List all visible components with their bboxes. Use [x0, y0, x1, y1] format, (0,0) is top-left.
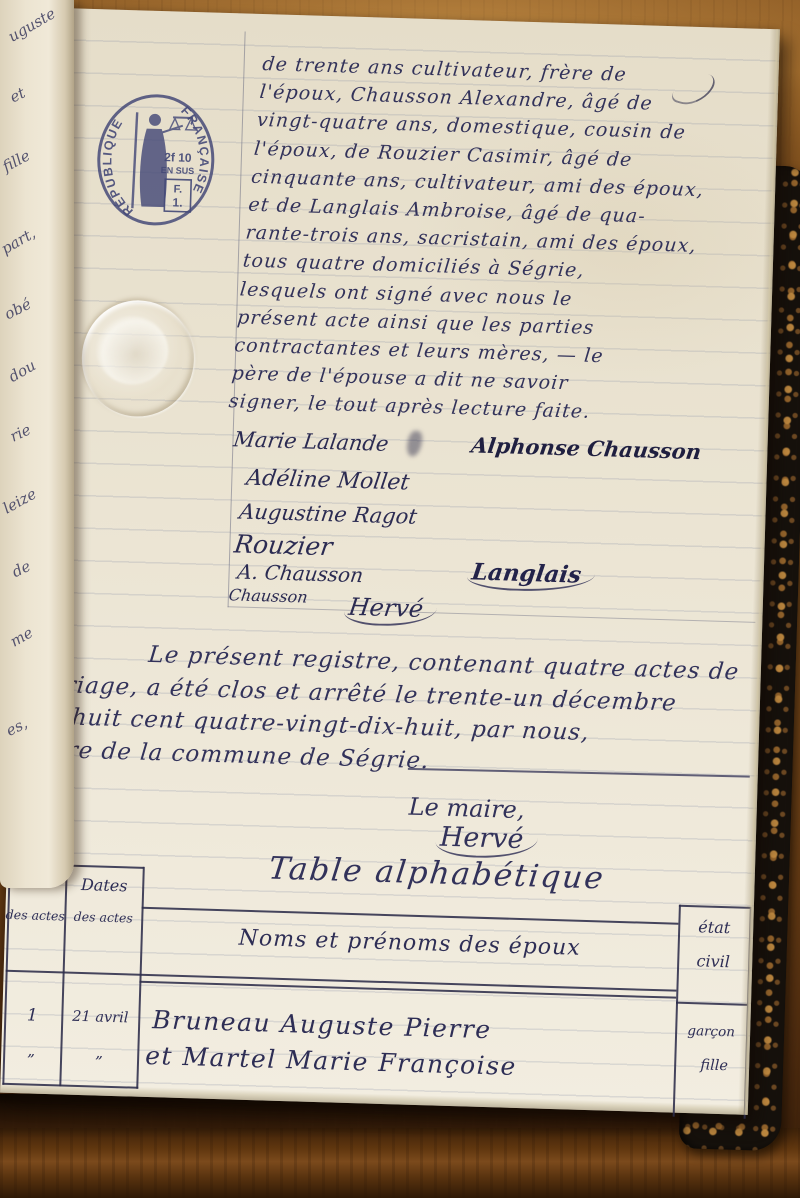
- signature-herve: Hervé: [342, 593, 439, 628]
- col-header-names: Noms et prénoms des époux: [184, 924, 635, 962]
- prev-page-fragment: et: [7, 84, 28, 107]
- prev-page-fragment: de: [9, 557, 34, 581]
- row-act-date: 21 avril: [62, 1008, 138, 1026]
- row-act-number-ditto: „: [3, 1041, 60, 1061]
- col-header-date: Dates: [68, 875, 141, 896]
- col-header-date-line2: des actes: [67, 909, 139, 926]
- mayor-signature-herve: Hervé: [435, 821, 538, 859]
- prev-page-fragment: me: [7, 623, 36, 650]
- row-act-date-ditto: „: [61, 1042, 138, 1062]
- table-rule: [679, 905, 751, 909]
- col-header-etat-line1: état: [681, 917, 748, 938]
- prev-page-fragment: dou: [5, 356, 39, 386]
- row-etat-bride: fille: [681, 1057, 747, 1075]
- republique-francaise-stamp-icon: RÉPUBLIQUE FRANÇAISE 2f 10 EN SUS F. 1.: [92, 89, 220, 233]
- ink-smudge: [405, 430, 423, 458]
- signature-marie-lalande: Marie Lalande: [232, 427, 390, 456]
- prev-page-fragment: uguste: [5, 4, 59, 45]
- stamp-duty-label: EN SUS: [161, 165, 195, 176]
- register-closing-statement: Le présent registre, contenant quatre ac…: [19, 635, 760, 786]
- prev-page-fragment: rie: [7, 420, 34, 445]
- prev-page-fragment: fille: [0, 146, 33, 175]
- signature-adeline-mollet: Adéline Mollet: [245, 466, 411, 496]
- table-rule: [136, 867, 145, 1089]
- previous-page-edge: uguste et fille part, obé dou rie leize …: [0, 0, 74, 888]
- row-etat-groom: garçon: [678, 1023, 744, 1041]
- table-rule: [673, 905, 681, 1117]
- table-title: Table alphabétique: [225, 849, 649, 897]
- table-rule: [676, 1002, 748, 1006]
- prev-page-fragment: leize: [0, 485, 39, 518]
- col-header-num-line2: des actes: [5, 907, 65, 924]
- stamp-franc-letter: F.: [173, 183, 182, 195]
- stamp-franc-value: 1.: [172, 195, 182, 209]
- table-rule: [142, 907, 679, 925]
- signature-augustine-ragot: Augustine Ragot: [238, 500, 419, 529]
- signature-rouzier: Rouzier: [232, 529, 334, 561]
- prev-page-fragment: es,: [3, 714, 30, 740]
- row-bride-name: et Martel Marie Françoise: [145, 1041, 517, 1081]
- prev-page-fragment: obé: [1, 295, 34, 324]
- col-header-etat-line2: civil: [680, 951, 747, 972]
- signature-alphonse-chausson: Alphonse Chausson: [470, 432, 703, 464]
- signature-chausson: Chausson: [228, 585, 309, 606]
- row-act-number: 1: [4, 1005, 61, 1027]
- embossed-seal: [80, 299, 195, 418]
- table-rule: [2, 1083, 138, 1089]
- le-maire-label: Le maire,: [408, 793, 525, 824]
- stamp-duty-value: 2f 10: [164, 150, 192, 165]
- row-groom-name: Bruneau Auguste Pierre: [152, 1005, 492, 1044]
- prev-page-fragment: part,: [0, 224, 39, 258]
- signature-a-chausson: A. Chausson: [236, 560, 365, 588]
- signature-langlais: Langlais: [466, 558, 597, 593]
- act-end-rule: [228, 606, 756, 623]
- register-page: RÉPUBLIQUE FRANÇAISE 2f 10 EN SUS F. 1. …: [0, 7, 780, 1115]
- marriage-act-text: de trente ans cultivateur, frère de l'ép…: [227, 50, 716, 429]
